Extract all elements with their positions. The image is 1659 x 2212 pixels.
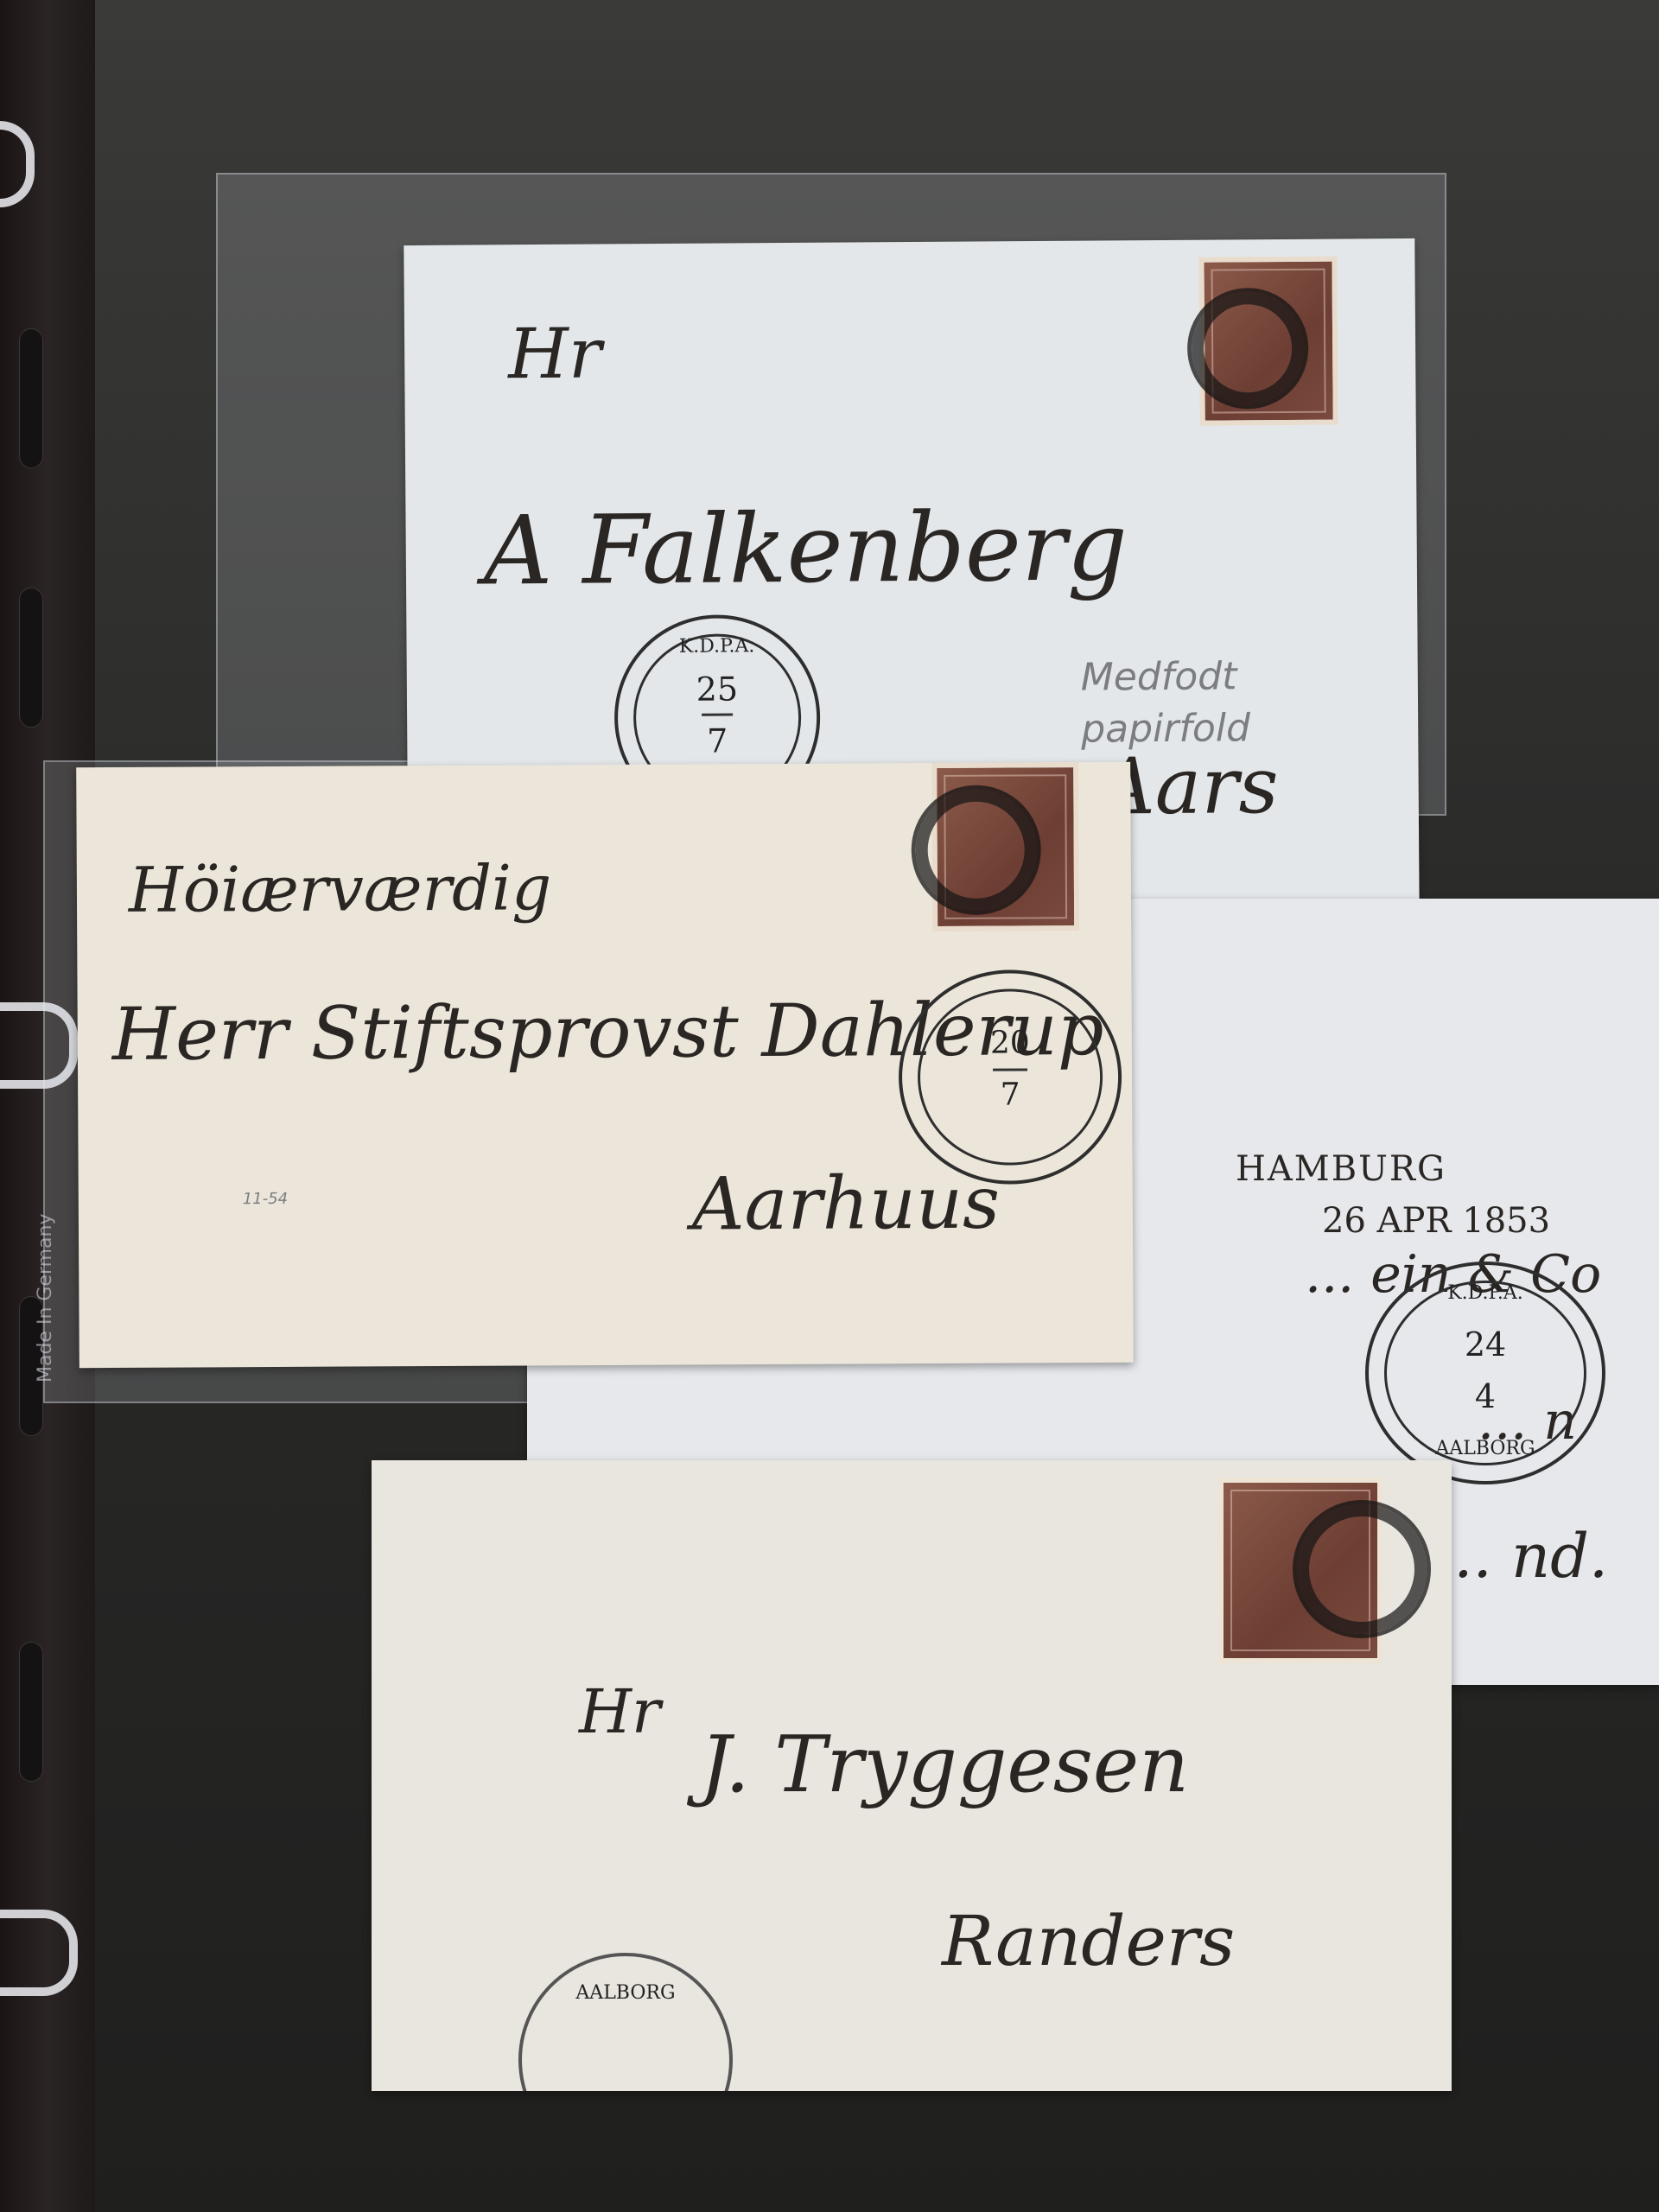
hamburg-postmark-date: 26 APR 1853: [1322, 1201, 1550, 1241]
numeral-cancel: [1293, 1500, 1431, 1638]
hamburg-postmark: HAMBURG: [1236, 1149, 1446, 1189]
stamp: [931, 762, 1079, 931]
punch-slot: [19, 588, 43, 728]
address-line: Randers: [942, 1901, 1235, 1981]
cover-tryggesen: Hr J. Tryggesen Randers AALBORG: [372, 1460, 1452, 2091]
postmark: AALBORG: [518, 1953, 733, 2091]
pencil-note: 11-54: [243, 1190, 288, 1208]
address-line: ... nd.: [1434, 1521, 1608, 1592]
address-line: J. Tryggesen: [700, 1719, 1189, 1810]
stamp: [1198, 257, 1338, 426]
address-line: Hr: [508, 313, 602, 394]
postmark: 20 7: [898, 969, 1122, 1185]
punch-slot: [19, 328, 43, 468]
pencil-note: Medfodt: [1081, 654, 1237, 699]
postmark: K.D.P.A. 24 4 AALBORG: [1365, 1262, 1605, 1484]
address-line: A Falkenberg: [483, 491, 1128, 606]
stamp: [1218, 1478, 1382, 1663]
cover-dahlerup: Höiærværdig Herr Stiftsprovst Dahlerup A…: [76, 762, 1134, 1368]
binder-ring: [0, 121, 35, 207]
address-line: Höiærværdig: [129, 851, 552, 926]
numeral-cancel: [1187, 288, 1309, 410]
numeral-cancel: [911, 785, 1041, 915]
pencil-note: papirfold: [1081, 706, 1250, 751]
address-line: Hr: [579, 1676, 661, 1747]
address-line: Aarhuus: [692, 1160, 1001, 1247]
punch-slot: [19, 1642, 43, 1782]
binder-ring: [0, 1910, 78, 1996]
